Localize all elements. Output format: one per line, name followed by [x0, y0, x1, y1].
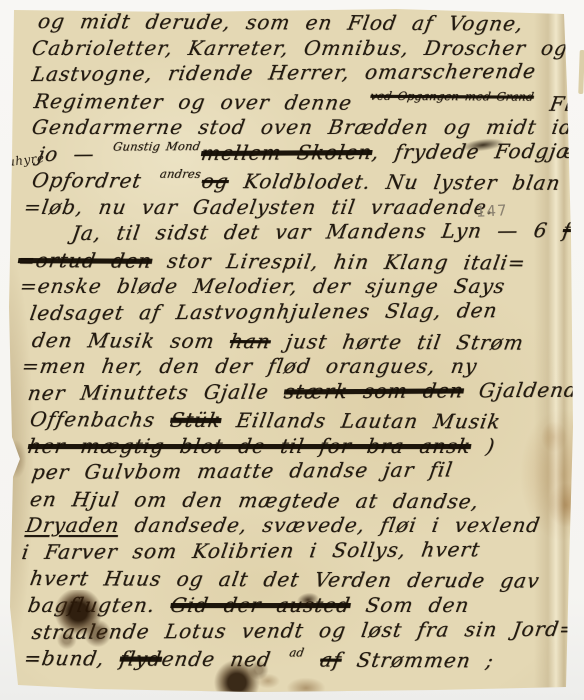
handwriting-text: Lastvogne, ridende Herrer, omarscherende: [30, 59, 538, 86]
ink-blot: [54, 590, 118, 652]
handwriting-lines: og midt derude, som en Flod af Vogne,Cab…: [30, 8, 570, 672]
handwriting-text: Strømmen ;: [340, 648, 496, 673]
handwriting-text: stor Lirespil, hin Klang itali=: [150, 249, 528, 275]
adjacent-page-corner: [578, 50, 584, 94]
manuscript-line: per Gulvbom maatte dandse jar fil: [30, 456, 575, 486]
handwriting-text: Ja, til sidst det var Mandens Lyn — 6: [70, 218, 565, 245]
handwriting-text: Gjaldende: [462, 377, 584, 402]
manuscript-line: =ortud den stor Lirespil, hin Klang ital…: [16, 247, 574, 276]
handwriting-text: Dryaden: [24, 513, 121, 537]
handwriting-text: ner Minuttets Gjalle: [26, 379, 286, 405]
handwriting-text: ledsaget af Lastvognhjulenes Slag, den: [28, 298, 499, 325]
manuscript-line: =men her, den der flød orangues, ny: [20, 353, 574, 380]
handwriting-text: jo —: [36, 141, 112, 165]
handwriting-text: en Hjul om den mægtede at dandse,: [28, 487, 481, 513]
handwriting-text: Cabrioletter, Karreter, Omnibus, Drosche…: [30, 36, 570, 60]
handwriting-text: Som den: [349, 593, 472, 617]
manuscript-line: ner Minuttets Gjalle stærk som den Gjald…: [26, 376, 575, 406]
handwriting-text: just hørte til Strøm: [269, 329, 526, 354]
handwriting-text: i Farver som Kolibrien i Sollys, hvert: [20, 537, 482, 564]
manuscript-line: Cabrioletter, Karreter, Omnibus, Drosche…: [30, 35, 574, 62]
manuscript-line: Dryaden dandsede, svævede, fløi i vexlen…: [24, 512, 574, 539]
handwriting-text: =enske bløde Melodier, der sjunge Says: [18, 274, 507, 298]
handwriting-text: dandsede, svævede, fløi i vexlend: [118, 513, 543, 537]
inserted-text: Gunstig Mond: [112, 141, 201, 152]
struck-text: Stük: [168, 408, 223, 432]
struck-text: mellem Skolen: [199, 140, 374, 165]
manuscript-line: Offenbachs Stük Eillands Lautan Musik: [28, 406, 574, 435]
handwriting-text: ): [469, 434, 497, 458]
handwriting-text: Opfordret: [30, 168, 159, 193]
manuscript-line: Lastvogne, ridende Herrer, omarscherende: [30, 58, 575, 88]
handwriting-text: Offenbachs: [28, 407, 172, 432]
manuscript-paper: og midt derude, som en Flod af Vogne,Cab…: [6, 7, 574, 692]
inserted-text: andres: [159, 169, 202, 179]
handwriting-text: Koldblodet. Nu lyster blan: [227, 169, 563, 195]
manuscript-line: den Musik som han just hørte til Strøm: [30, 327, 574, 356]
handwriting-text: =løb, nu var Gadelysten til vraadende.: [22, 195, 496, 219]
struck-text: =ortud den: [16, 248, 154, 273]
handwriting-text: og midt derude, som en Flod af Vogne,: [36, 9, 525, 36]
manuscript-line: Regimenter og over denne ved Opgangen me…: [32, 88, 574, 117]
manuscript-line: =enske bløde Melodier, der sjunge Says: [18, 273, 574, 300]
folio-number-pencil: 147: [476, 201, 509, 221]
struck-text: han: [228, 329, 273, 353]
handwriting-text: Regimenter og over denne: [32, 89, 369, 115]
struck-text: flyd: [118, 647, 164, 671]
struck-text: Gid der austed: [169, 593, 353, 617]
handwriting-text: =men her, den der flød orangues, ny: [20, 354, 479, 378]
manuscript-line: en Hjul om den mægtede at dandse,: [28, 486, 574, 515]
handwriting-text: den Musik som: [30, 328, 232, 353]
struck-text: ved Opgangen med Grand: [370, 90, 535, 101]
handwriting-text: Eillands Lautan Musik: [219, 408, 503, 433]
struck-text: stærk som den: [282, 378, 465, 403]
handwriting-text: per Gulvbom maatte dandse jar fil: [30, 458, 455, 485]
inserted-text: ad: [289, 648, 305, 658]
struck-text: her mægtig blot de til for bra ansk: [26, 434, 473, 458]
manuscript-line: Ja, til sidst det var Mandens Lyn — 6 fl…: [70, 217, 575, 247]
manuscript-line: Opfordret andresog Koldblodet. Nu lyster…: [30, 167, 574, 196]
manuscript-line: i Farver som Kolibrien i Sollys, hvert: [20, 536, 575, 566]
manuscript-line: og midt derude, som en Flod af Vogne,: [36, 8, 574, 37]
struck-text: og: [200, 169, 231, 193]
manuscript-line: ledsaget af Lastvognhjulenes Slag, den: [28, 297, 575, 327]
